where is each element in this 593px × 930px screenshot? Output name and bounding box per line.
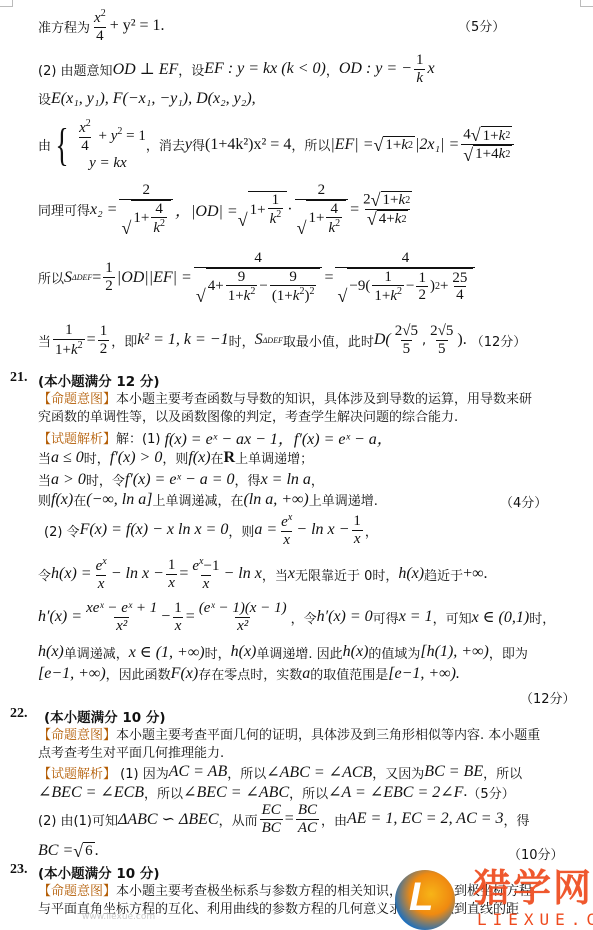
score-label: （10分） — [508, 844, 564, 863]
intent-tag: 【命题意图】 — [38, 388, 116, 407]
fraction: 2√55 — [393, 323, 420, 358]
solution-line: (2) 由题意知 OD ⊥ EF ，设 EF : y = kx (k < 0) … — [38, 52, 435, 87]
brand-name-cn: 猎学网 — [473, 868, 593, 908]
solution-line: 设 E(x₁, y₁), F(−x₁, −y₁), D(x₂, y₂), — [38, 89, 256, 108]
analysis-line: 【试题解析】 (1) 因为 AC = AB ，所以 ∠ABC = ∠ACB ，又… — [38, 762, 522, 782]
analysis-tag: 【试题解析】 — [38, 428, 116, 447]
analysis-tag: 【试题解析】 — [38, 763, 116, 782]
fraction: 2 √1+4k2 — [119, 182, 173, 237]
score-label: （12分） — [520, 688, 576, 707]
solution-line: 准方程为 x24 + y² = 1. — [38, 8, 165, 45]
fraction: 4 √4+91+k2−9(1+k2)2 — [194, 250, 323, 305]
solution-line: 令 h(x) = exx − ln x − 1x = ex−1x − ln x … — [38, 556, 488, 593]
solution-line: 所以 SΔDEF = 12 |OD||EF| = 4 √4+91+k2−9(1+… — [38, 250, 477, 305]
solution-line: 当 a > 0 时，令 f′(x) = eˣ − a = 0 ，得 x = ln… — [38, 470, 324, 489]
fraction: 1x — [166, 557, 178, 592]
solution-line: 当 11+k2 = 12 ，即 k² = 1, k = −1 时， SΔDEF … — [38, 322, 526, 359]
fraction: 11+k2 — [53, 322, 85, 359]
logo-letter: L — [409, 878, 435, 916]
fraction: BCAC — [296, 802, 319, 837]
question-number: 22. — [10, 706, 28, 722]
solution-line: 当 a ≤ 0 时， f′(x) > 0 ，则 f(x) 在 R 上单调递增； — [38, 448, 313, 467]
question-header: (本小题满分 10 分) — [44, 706, 166, 726]
intent-line: 【命题意图】 本小题主要考查函数与导数的知识，具体涉及到导数的运算，用导数来研 — [38, 388, 532, 407]
document-page: 准方程为 x24 + y² = 1. （5分） (2) 由题意知 OD ⊥ EF… — [0, 0, 593, 930]
solution-line: (2) 令 F(x) = f(x) − x ln x = 0 ，则 a = ex… — [44, 512, 378, 549]
intent-tag: 【命题意图】 — [38, 880, 116, 899]
fraction: 1x — [172, 600, 184, 635]
fraction: 12 — [98, 323, 110, 358]
question-number: 23. — [10, 862, 28, 878]
fraction: x24 — [92, 8, 108, 45]
solution-line: 同理可得 x₂ = 2 √1+4k2 ，|OD| = √1+1k2 · 2 √1… — [38, 182, 416, 237]
liexue-watermark: L 猎学网 LIEXUE.CN — [395, 868, 593, 930]
fraction: (eˣ − 1)(x − 1)x² — [197, 600, 289, 635]
fraction: 1k — [414, 52, 426, 87]
solution-line: h(x) 单调递减， x ∈ (1, +∞) 时， h(x) 单调递增. 因此 … — [38, 642, 528, 662]
fraction: exx — [279, 512, 294, 549]
equation-system: x24 + y2 = 1 y = kx — [75, 118, 146, 172]
faint-watermark-url: www.liexue.com — [82, 912, 155, 922]
fraction: xeˣ − eˣ + 1x² — [84, 600, 159, 635]
left-brace: { — [55, 122, 68, 168]
question-header: (本小题满分 12 分) — [38, 370, 160, 390]
solution-line: 由 { x24 + y2 = 1 y = kx ，消去 y 得 (1+4k²)x… — [38, 118, 516, 172]
fraction: ECBC — [260, 802, 283, 837]
solution-line: ∠BEC = ∠ECB ，所以 ∠BEC = ∠ABC ，所以 ∠A = ∠EB… — [38, 782, 515, 802]
intent-line: 【命题意图】 本小题主要考查平面几何的证明，具体涉及到三角形相似等内容. 本小题… — [38, 724, 540, 743]
fraction: ex−1x — [190, 556, 221, 593]
fraction: exx — [94, 556, 109, 593]
score-label: （5分） — [458, 16, 505, 35]
solution-line: (2) 由(1)可知 ΔABC ∽ ΔBEC ，从而 ECBC = BCAC ，… — [38, 802, 530, 837]
radical: √6 — [73, 842, 94, 860]
fraction: 12 — [103, 260, 115, 295]
solution-line: 则 f(x) 在 (−∞, ln a] 上单调递减，在 (ln a, +∞) 上… — [38, 490, 378, 509]
page-corner-mark — [0, 0, 13, 7]
solution-line: [e−1, +∞) ，因此函数 F(x) 存在零点时，实数 a 的取值范围是 [… — [38, 664, 460, 683]
fraction: 2√55 — [428, 323, 455, 358]
analysis-line: 【试题解析】 解：(1) f(x) = eˣ − ax − 1，f′(x) = … — [38, 426, 393, 449]
fraction: 2√1+k2 √4+k2 — [361, 191, 414, 228]
intent-tag: 【命题意图】 — [38, 724, 116, 743]
question-number: 21. — [10, 370, 28, 386]
intent-line: 究函数的单调性等，以及函数图像的判定，考查学生解决问题的综合能力. — [38, 406, 458, 425]
score-label: （4分） — [500, 492, 547, 511]
question-header: (本小题满分 10 分) — [38, 862, 160, 882]
fraction: 1x — [351, 513, 363, 548]
intent-line: 点考查考生对平面几何推理能力. — [38, 742, 224, 761]
fraction: 2 √1+4k2 — [295, 182, 349, 237]
solution-line: h′(x) = xeˣ − eˣ + 1x² − 1x = (eˣ − 1)(x… — [38, 600, 555, 635]
page-corner-mark — [580, 0, 593, 7]
radical: √1+1k2 — [238, 191, 288, 229]
fraction: 4 √−9(11+k2−12)2+254 — [335, 250, 475, 305]
fraction: 4√1+k2 √1+4k2 — [461, 126, 514, 163]
radical: √1+k2 — [373, 136, 415, 154]
brand-name-en: LIEXUE.CN — [477, 910, 593, 929]
solution-line: BC = √6 . — [38, 842, 99, 860]
